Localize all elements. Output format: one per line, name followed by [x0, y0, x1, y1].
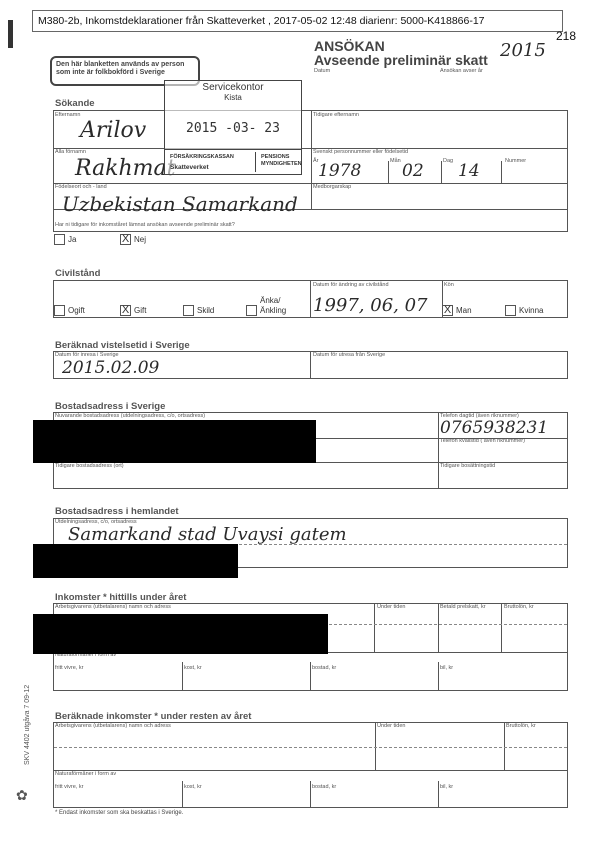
man-label: Mån: [390, 158, 401, 164]
skild-label: Skild: [197, 306, 214, 315]
footnote: * Endast inkomster som ska beskattas i S…: [55, 810, 183, 816]
fornamn-label: Alla förnamn: [55, 149, 86, 155]
gift-label: Gift: [134, 306, 146, 315]
tidigare-tid-label: Tidigare bosättningstid: [440, 463, 495, 469]
resten-arbetsgivare-label: Arbetsgivarens (utbetalarens) namn och a…: [55, 723, 171, 729]
skatteverket-logo-icon: ✿: [16, 787, 28, 804]
gift-checkbox[interactable]: X: [120, 305, 131, 316]
bruttolon-label: Bruttolön, kr: [504, 604, 534, 610]
section-vistelsetid: Beräknad vistelsetid i Sverige: [55, 340, 190, 351]
tidigare-efternamn-label: Tidigare efternamn: [313, 112, 359, 118]
arbetsgivare-label: Arbetsgivarens (utbetalarens) namn och a…: [55, 604, 171, 610]
kost-label: kost, kr: [184, 665, 202, 671]
section-civilstand: Civilstånd: [55, 268, 100, 279]
avser-value: 2015: [500, 40, 546, 61]
utresa-label: Datum för utresa från Sverige: [313, 352, 385, 358]
anka-label-2: Änkling: [260, 306, 286, 315]
ja-label: Ja: [68, 235, 76, 244]
bil-label: bil, kr: [440, 665, 453, 671]
telefon-kvall-label: Telefon kvällstid ( även riknummer): [440, 438, 525, 444]
nummer-label: Nummer: [505, 158, 526, 164]
datum-andring-label: Datum för ändring av civilstånd: [313, 282, 389, 288]
resten-bruttolon-label: Bruttolön, kr: [506, 723, 536, 729]
resten-fritt-vivre-label: fritt vivre, kr: [55, 784, 83, 790]
resten-bil-label: bil, kr: [440, 784, 453, 790]
resten-kost-label: kost, kr: [184, 784, 202, 790]
kon-label: Kön: [444, 282, 454, 288]
nej-checkbox[interactable]: X: [120, 234, 131, 245]
dag-label: Dag: [443, 158, 453, 164]
ogift-label: Ogift: [68, 306, 85, 315]
kvinna-checkbox[interactable]: [505, 305, 516, 316]
stamp-title: Servicekontor: [165, 83, 301, 93]
stamp-agency-pm: PENSIONS MYNDIGHETEN: [261, 154, 301, 167]
datum-label: Datum: [314, 68, 330, 74]
medborgarskap-label: Medborgarskap: [313, 184, 351, 190]
efternamn-label: Efternamn: [55, 112, 80, 118]
kvinna-label: Kvinna: [519, 306, 543, 315]
man-field[interactable]: 02: [402, 161, 424, 181]
section-bostad-hemland: Bostadsadress i hemlandet: [55, 506, 179, 517]
ar-field[interactable]: 1978: [318, 161, 361, 181]
resten-under-tiden-label: Under tiden: [377, 723, 405, 729]
fornamn-field[interactable]: Rakhmat: [75, 156, 176, 181]
page-number: 218: [556, 29, 576, 43]
section-inkomster-resten: Beräknade inkomster * under resten av år…: [55, 711, 251, 722]
ja-checkbox[interactable]: [54, 234, 65, 245]
datum-andring-field[interactable]: 1997, 06, 07: [313, 295, 428, 316]
anka-label-1: Änka/: [260, 296, 280, 305]
tidigare-adress-label: Tidigare bostadsadress (ort): [55, 463, 124, 469]
resten-natura-label: Naturaförmåner i form av: [55, 771, 116, 777]
telefon-dag-field[interactable]: 0765938231: [440, 418, 548, 438]
man-checkbox[interactable]: X: [442, 305, 453, 316]
redaction-block: [33, 420, 316, 463]
dag-field[interactable]: 14: [458, 161, 480, 181]
section-sokande: Sökande: [55, 98, 95, 109]
fodelseort-field[interactable]: Uzbekistan Samarkand: [62, 192, 298, 216]
personnummer-label: Svenskt personnummer eller födelsetid: [313, 149, 408, 155]
skild-checkbox[interactable]: [183, 305, 194, 316]
hemland-adress-field[interactable]: Samarkand stad Uvaysi gatem: [68, 524, 347, 545]
section-bostad-sverige: Bostadsadress i Sverige: [55, 401, 165, 412]
redaction-block: [33, 614, 328, 654]
nuvarande-label: Nuvarande bostadsadress (utdelningsadres…: [55, 413, 205, 419]
service-stamp: Servicekontor Kista 2015 -03- 23 FÖRSÄKR…: [164, 80, 302, 175]
section-inkomster-hittills: Inkomster * hittills under året: [55, 592, 186, 603]
stamp-agency-fk: FÖRSÄKRINGSKASSAN: [170, 154, 234, 160]
under-tiden-label: Under tiden: [377, 604, 405, 610]
redaction-block: [33, 544, 238, 578]
efternamn-field[interactable]: Arilov: [80, 118, 146, 143]
form-code: SKV 4402 utgåva 7 09-12: [24, 685, 31, 765]
document-header: M380-2b, Inkomstdeklarationer från Skatt…: [32, 10, 563, 32]
man-kon-label: Man: [456, 306, 472, 315]
inresa-field[interactable]: 2015.02.09: [62, 358, 159, 378]
tidigare-question: Har ni tidigare för inkomståret lämnat a…: [55, 222, 235, 228]
ogift-checkbox[interactable]: [54, 305, 65, 316]
stamp-agency-skv: Skatteverket: [170, 164, 209, 171]
stamp-date: 2015 -03- 23: [165, 121, 301, 136]
resten-bostad-label: bostad, kr: [312, 784, 336, 790]
nej-label: Nej: [134, 235, 146, 244]
fritt-vivre-label: fritt vivre, kr: [55, 665, 83, 671]
stamp-location: Kista: [165, 94, 301, 102]
form-subtitle: Avseende preliminär skatt: [314, 52, 488, 68]
anka-checkbox[interactable]: [246, 305, 257, 316]
betald-prelskatt-label: Betald prelskatt, kr: [440, 604, 486, 610]
inkomster-resten-box: [53, 722, 568, 808]
bostad-kr-label: bostad, kr: [312, 665, 336, 671]
fodelseort-label: Födelseort och - land: [55, 184, 107, 190]
scan-artifact: [8, 20, 13, 48]
avser-label: Ansökan avser år: [440, 68, 483, 74]
